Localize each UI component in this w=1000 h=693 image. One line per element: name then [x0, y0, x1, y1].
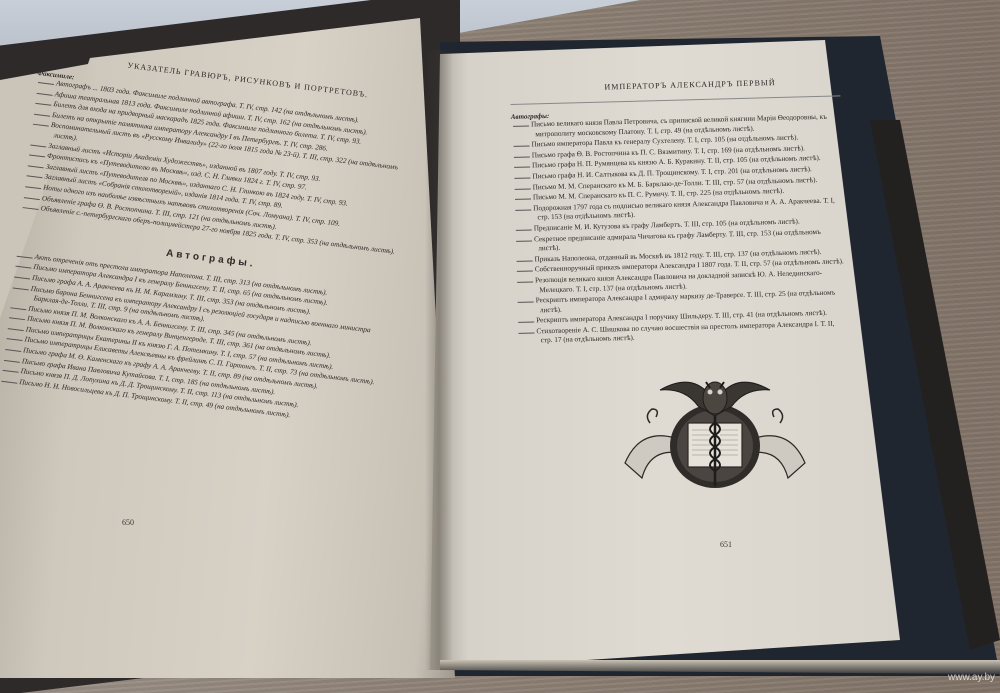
facsimile-list: Автографъ ... 1803 года. Факсимиле подли… — [20, 77, 424, 259]
left-page-text: УКАЗАТЕЛЬ ГРАВЮРЪ, РИСУНКОВЪ И ПОРТРЕТОВ… — [0, 50, 427, 433]
owl-book-caduceus-vignette-icon — [620, 368, 810, 498]
watermark: www.ay.by — [948, 672, 995, 683]
page-number-right: 651 — [720, 540, 732, 549]
page-number-left: 650 — [122, 518, 134, 527]
right-page-text: ИМПЕРАТОРЪ АЛЕКСАНДРЪ ПЕРВЫЙ Автографы: … — [510, 76, 847, 348]
book-gutter — [425, 50, 453, 670]
header-rule — [510, 95, 840, 105]
autograph-list-right: Письмо великаго князя Павла Петровича, с… — [511, 112, 847, 347]
